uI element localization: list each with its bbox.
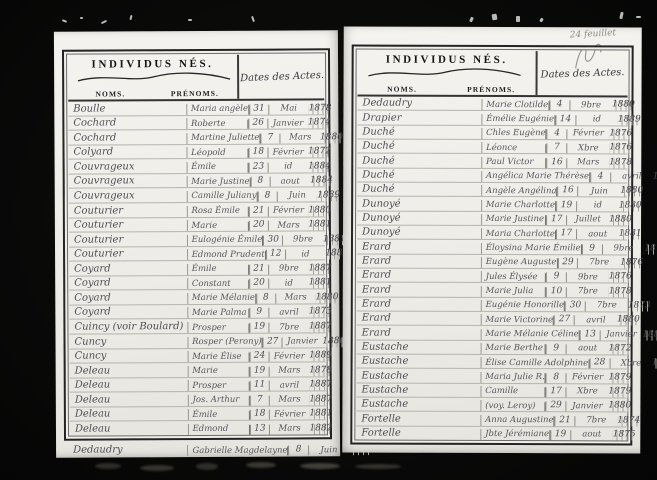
month-cell: Janvier — [283, 337, 323, 347]
month-cell: avril — [269, 308, 309, 318]
month-cell: id — [268, 163, 308, 173]
prenom-cell: Marie Élise — [188, 352, 249, 362]
year-cell: 1880 — [315, 293, 338, 303]
nom-cell: Cuncy — [69, 337, 188, 349]
month-cell: Février — [567, 373, 609, 383]
nom-cell: Fortelle — [356, 414, 481, 425]
register-row: ErardMarie Julia107bre1878 — [357, 283, 627, 298]
year-cell: 1880 — [617, 316, 640, 326]
prenom-cell: Edmond Prudent — [188, 250, 266, 260]
nom-cell: Colyard — [68, 147, 187, 159]
nom-cell: Deleau — [70, 366, 189, 378]
nom-cell: Fortelle — [356, 428, 481, 439]
register-row: CoyardMarie Palma9avril1873 — [69, 304, 325, 320]
month-cell: aout — [571, 431, 613, 441]
day-cell: 8 — [289, 445, 309, 455]
month-cell: Mars — [270, 396, 310, 406]
day-cell: 10 — [546, 287, 567, 297]
nom-cell: Eustache — [357, 371, 482, 382]
month-cell: Janvier — [601, 330, 643, 340]
prenom-cell: Éloysina Marie Émilie — [482, 244, 582, 254]
year-cell: 1887 — [309, 381, 332, 391]
day-cell: 27 — [263, 337, 283, 347]
nom-cell: Cuincy (voir Boulard) — [69, 322, 188, 334]
nom-cell: Erard — [357, 242, 482, 253]
prenom-cell: Maria angèle — [187, 105, 249, 115]
register-row: ErardEugène Auguste297bre1876 — [357, 254, 627, 269]
register-row: Eustache(voy. Leroy)29Janvier1880 — [356, 397, 626, 412]
prenom-cell: Marie Justine — [187, 178, 250, 188]
register-row: Cuincy (voir Boulard)Prosper197bre1887 — [69, 319, 325, 335]
prenom-cell: Léopold — [187, 148, 248, 158]
register-row: CoyardConstant20id1881 — [69, 275, 325, 291]
register-row: DuchéLéonce7Xbre1876 — [357, 140, 627, 155]
prenom-cell: Martine Juliette — [187, 134, 260, 144]
register-row: CoyardMarie Mélanie8Mars1880 — [69, 290, 325, 306]
month-cell: id — [286, 250, 326, 260]
prenom-cell: Gabrielle Magdelayne — [188, 446, 288, 456]
year-cell: 1876 — [620, 258, 643, 268]
page-edge-shadow — [196, 463, 218, 470]
day-cell: 13 — [250, 425, 270, 435]
nom-cell: Erard — [357, 256, 482, 267]
rows-container: BoulleMaria angèle31Mai1878CochardRobert… — [68, 100, 326, 435]
prenom-cell: Camille Juliany — [187, 192, 257, 202]
day-cell: 8 — [256, 293, 276, 303]
nom-cell: Erard — [357, 299, 482, 310]
day-cell: 4 — [549, 101, 570, 111]
nom-cell: Dunoyé — [357, 228, 482, 239]
register-row: DeleauMarie19Mars1878 — [70, 362, 326, 378]
page-title: INDIVIDUS NÉS. — [68, 58, 237, 71]
month-cell: avril — [575, 316, 617, 326]
day-cell: 4 — [547, 129, 568, 139]
day-cell: 20 — [249, 221, 269, 231]
prenom-cell: Prosper — [188, 323, 249, 333]
year-cell: 1881 — [642, 330, 657, 340]
nom-cell: Deleau — [70, 424, 189, 436]
month-cell: 7bre — [578, 259, 620, 269]
nom-cell: Duché — [357, 142, 482, 153]
month-cell: 7bre — [269, 323, 309, 333]
prenom-cell: Rosper (Perony) — [188, 338, 263, 348]
register-row: CochardRoberte26Janvier1874 — [68, 115, 324, 131]
month-cell: Xbre — [567, 144, 609, 154]
year-cell: 1880 — [612, 101, 635, 111]
table-header: INDIVIDUS NÉS. NOMS. PRÉNOMS. Dates des … — [358, 51, 628, 98]
year-cell: 1880 — [620, 187, 643, 197]
year-cell: 1887 — [309, 322, 332, 332]
prenom-cell: Constant — [188, 280, 249, 290]
register-row: DeleauProsper11avril1887 — [70, 377, 326, 393]
day-cell: 16 — [558, 187, 579, 197]
month-cell: Juillet — [567, 216, 609, 226]
day-cell: 20 — [249, 279, 269, 289]
nom-cell: Eustache — [357, 342, 482, 353]
day-cell: 7 — [260, 133, 280, 143]
month-cell: Xbre — [610, 359, 652, 369]
nom-cell: Eustache — [357, 357, 482, 368]
year-cell: 1873 — [644, 244, 657, 254]
month-cell: Février — [269, 206, 309, 216]
year-cell: 1880 — [608, 402, 631, 412]
bed-scratch — [80, 17, 83, 19]
register-row: DunoyéMarie Charlotte19id1880 — [357, 197, 627, 212]
month-cell: 7bre — [567, 287, 609, 297]
prenom-cell: Anna Augustine — [481, 416, 554, 426]
day-cell: 17 — [556, 230, 577, 240]
year-cell: 1871 — [653, 173, 657, 183]
year-cell: 1874 — [617, 416, 640, 426]
nom-cell: Couvrageux — [69, 162, 188, 174]
register-row: DuchéAngélica Marie Thérèse4avril1871 — [357, 168, 627, 183]
register-page-right: 24 feuillet INDIVIDUS NÉS. NOMS. PRÉNOMS… — [342, 26, 641, 453]
nom-cell: Duché — [357, 185, 482, 196]
day-cell: 14 — [555, 115, 576, 125]
register-row: DedaudryGabrielle Magdelayne8Juin1881 — [68, 440, 328, 456]
prenom-cell: Edmond — [189, 425, 250, 435]
prenom-cell: Eulogénie Émile — [188, 236, 264, 246]
register-row: CouturierEulogénie Émile309bre1881 — [69, 231, 325, 247]
day-cell: 8 — [250, 177, 270, 187]
register-row: ErardEugénie Honorille307bre1873 — [357, 297, 627, 312]
year-cell: 1881 — [309, 410, 332, 420]
register-row: CouturierMarie20Mars1881 — [69, 217, 325, 233]
prenom-cell: Jos. Arthur — [188, 396, 249, 406]
month-cell: 7bre — [575, 416, 617, 426]
folio-annotation: 24 feuillet — [569, 28, 616, 40]
day-cell: 19 — [556, 201, 577, 211]
day-cell: 17 — [546, 215, 567, 225]
nom-cell: Drapier — [357, 113, 482, 124]
register-row: CouturierRosa Émile21Février1880 — [69, 202, 325, 218]
month-cell: Janvier — [566, 402, 608, 412]
month-cell: 9bre — [603, 244, 645, 254]
prenom-cell: Marie Mélanie — [188, 294, 256, 304]
register-row: DrapierÉmélie Eugénie14id1889 — [357, 111, 627, 126]
day-cell: 26 — [248, 119, 268, 129]
page-edge-shadow — [140, 465, 174, 471]
page-edge-shadow — [246, 462, 276, 468]
year-cell: 1887 — [309, 264, 332, 274]
bed-scratch — [469, 17, 474, 23]
nom-cell: Cochard — [68, 118, 187, 130]
nom-cell: Deleau — [70, 409, 189, 421]
year-cell: 1879 — [609, 373, 632, 383]
day-cell: 7 — [250, 395, 270, 405]
register-page-left: INDIVIDUS NÉS. NOMS. PRÉNOMS. Dates des … — [54, 30, 340, 457]
day-cell: 28 — [589, 359, 610, 369]
nom-cell: Couturier — [69, 206, 188, 218]
prenom-cell: Jbte Jérémiane — [481, 430, 550, 440]
table-frame: INDIVIDUS NÉS. NOMS. PRÉNOMS. Dates des … — [62, 48, 332, 440]
bed-scratch — [62, 19, 67, 23]
nom-cell: Couturier — [69, 235, 188, 247]
prenom-cell: Marie Clotilde — [482, 101, 549, 111]
year-cell: 1881 — [309, 279, 332, 289]
register-row: FortelleAnna Augustine217bre1874 — [356, 412, 626, 427]
register-row: EustacheÉlise Camille Adolphine28Xbre187… — [357, 354, 627, 369]
month-cell: id — [269, 279, 309, 289]
year-cell: 1873 — [309, 308, 332, 318]
nom-cell: Couvrageux — [69, 191, 188, 203]
year-cell: 1876 — [609, 144, 632, 154]
header-names-section: INDIVIDUS NÉS. NOMS. PRÉNOMS. — [68, 55, 239, 100]
page-edge-shadow — [355, 464, 401, 469]
month-cell: Février — [268, 148, 308, 158]
page-edge-shadow — [95, 463, 121, 469]
day-cell: 29 — [557, 258, 578, 268]
nom-cell: Deleau — [70, 395, 189, 407]
prenom-cell: Émile — [187, 163, 248, 173]
nom-cell: Cuncy — [70, 351, 189, 363]
nom-cell: Coyard — [69, 293, 188, 305]
day-cell: 31 — [249, 104, 269, 114]
prenom-cell: Marie Justine — [482, 215, 546, 225]
nom-cell: Erard — [357, 271, 482, 282]
day-cell: 17 — [546, 387, 567, 397]
register-row: DedaudryMarie Clotilde49bre1880 — [357, 97, 627, 112]
register-row: FortelleJbte Jérémiane19aout1875 — [356, 426, 626, 440]
prenom-cell: Émile — [188, 411, 249, 421]
day-cell: 24 — [250, 352, 270, 362]
nom-cell: Dedaudry — [68, 445, 188, 457]
prenom-cell: Prosper — [188, 381, 249, 391]
day-cell: 12 — [266, 250, 286, 260]
month-cell: 7bre — [586, 302, 628, 312]
year-cell: 1875 — [613, 430, 636, 440]
prenom-cell: Marie Berthe — [481, 344, 545, 354]
col-prenoms-label: PRÉNOMS. — [447, 85, 536, 94]
nom-cell: Erard — [357, 285, 482, 296]
prenom-cell: Angélica Marie Thérèse — [482, 172, 590, 182]
nom-cell: Coyard — [69, 264, 188, 276]
register-row: BoulleMaria angèle31Mai1878 — [68, 100, 324, 116]
register-row: DuchéChles Eugène4Février1876 — [357, 125, 627, 140]
day-cell: 4 — [590, 172, 611, 182]
nom-cell: Deleau — [70, 380, 189, 392]
day-cell: 13 — [580, 330, 601, 340]
month-cell: Xbre — [567, 388, 609, 398]
nom-cell: Cochard — [68, 133, 187, 145]
nom-cell: Erard — [357, 328, 482, 339]
day-cell: 18 — [250, 410, 270, 420]
nom-cell: Dedaudry — [357, 99, 482, 110]
prenom-cell: (voy. Leroy) — [481, 402, 545, 412]
year-cell: 1884 — [308, 162, 331, 172]
month-cell: Mai — [269, 104, 309, 114]
month-cell: Février — [270, 410, 310, 420]
register-row: CuncyMarie Élise24Février1889 — [70, 348, 326, 364]
register-row: DuchéPaul Victor16Mars1878 — [357, 154, 627, 169]
register-row: DunoyéMaria Charlotte17aout1881 — [357, 225, 627, 240]
register-row: DeleauEdmond13Mars1882 — [70, 421, 326, 436]
register-row: ErardMarie Victorine27avril1880 — [357, 311, 627, 326]
month-cell: aout — [567, 345, 609, 355]
header-names-section: INDIVIDUS NÉS. NOMS. PRÉNOMS. — [358, 51, 538, 96]
nom-cell: Dunoyé — [357, 213, 482, 224]
year-cell: 1880 — [619, 201, 642, 211]
prenom-cell: Camille — [481, 387, 545, 397]
day-cell: 23 — [249, 162, 269, 172]
register-row: CouturierEdmond Prudent12id1882 — [69, 246, 325, 262]
register-row: EustacheMaria Julie R.8Février1879 — [356, 369, 626, 384]
nom-cell: Eustache — [356, 400, 481, 411]
prenom-cell: Marie — [188, 367, 249, 377]
month-cell: avril — [270, 381, 310, 391]
month-cell: Mars — [270, 425, 310, 435]
day-cell: 19 — [249, 323, 269, 333]
month-cell: Mars — [567, 158, 609, 168]
table-header: INDIVIDUS NÉS. NOMS. PRÉNOMS. Dates des … — [68, 54, 324, 101]
col-noms-label: NOMS. — [68, 89, 153, 98]
register-row: DeleauÉmile18Février1881 — [70, 406, 326, 422]
day-cell: 7 — [546, 144, 567, 154]
year-cell: 1889 — [309, 351, 332, 361]
register-row: CochardMartine Juliette7Mars1880 — [68, 129, 324, 145]
register-row: ErardMarie Mélanie Céline13Janvier1881 — [357, 326, 627, 341]
bed-scratch — [129, 15, 132, 20]
register-row: EustacheCamille17Xbre1879 — [356, 383, 626, 398]
register-row: CoyardÉmile219bre1887 — [69, 261, 325, 277]
prenom-cell: Jules Élysée — [482, 273, 546, 283]
nom-cell: Couturier — [69, 220, 188, 232]
year-cell: 1878 — [652, 359, 657, 369]
nom-cell: Boulle — [68, 104, 187, 116]
col-dates-label: Dates des Actes. — [239, 69, 323, 83]
month-cell: Juin — [578, 187, 620, 197]
month-cell: 9bre — [567, 273, 609, 283]
day-cell: 8 — [546, 373, 567, 383]
prenom-cell: Émélie Eugénie — [482, 115, 555, 125]
prenom-cell: Émile — [188, 265, 249, 275]
day-cell: 30 — [565, 301, 586, 311]
prenom-cell: Marie Mélanie Céline — [481, 330, 579, 340]
col-prenoms-label: PRÉNOMS. — [153, 89, 238, 98]
prenom-cell: Marie Palma — [188, 309, 249, 319]
year-cell: 1889 — [618, 115, 641, 125]
day-cell: 9 — [546, 344, 567, 354]
nom-cell: Couvrageux — [69, 176, 188, 188]
bed-scratch — [539, 18, 544, 23]
register-row: EustacheMarie Berthe9aout1872 — [357, 340, 627, 355]
month-cell: aout — [270, 177, 310, 187]
year-cell: 1878 — [609, 158, 632, 168]
prenom-cell: Chles Eugène — [482, 129, 546, 139]
month-cell: 9bre — [269, 265, 309, 275]
day-cell: 18 — [248, 148, 268, 158]
register-row: CouvrageuxMarie Justine8aout1884 — [69, 173, 325, 189]
prenom-cell: Marie Julia — [482, 287, 546, 297]
month-cell: Janvier — [268, 119, 308, 129]
calligraphic-divider-icon — [77, 72, 233, 84]
month-cell: Mars — [276, 294, 316, 304]
day-cell: 16 — [546, 158, 567, 168]
bed-scratch — [516, 16, 520, 22]
year-cell: 1881 — [308, 220, 331, 230]
overflow-rows-container: DedaudryGabrielle Magdelayne8Juin1881 — [68, 440, 328, 456]
nom-cell: Duché — [357, 156, 482, 167]
register-row: ErardJules Élysée99bre1876 — [357, 268, 627, 283]
register-row: DunoyéMarie Justine17Juillet1880 — [357, 211, 627, 226]
prenom-cell: Élise Camille Adolphine — [481, 359, 589, 369]
month-cell: aout — [577, 230, 619, 240]
rows-container: DedaudryMarie Clotilde49bre1880DrapierÉm… — [356, 97, 627, 441]
prenom-cell: Roberte — [187, 119, 248, 129]
nom-cell: Duché — [357, 128, 482, 139]
scanned-register: INDIVIDUS NÉS. NOMS. PRÉNOMS. Dates des … — [0, 0, 657, 480]
register-row: CuncyRosper (Perony)27Janvier1880 — [69, 333, 325, 349]
month-cell: Juin — [277, 192, 317, 202]
day-cell: 19 — [250, 366, 270, 376]
page-title: INDIVIDUS NÉS. — [358, 54, 536, 67]
year-cell: 1889 — [317, 191, 340, 201]
calligraphic-divider-icon — [366, 68, 522, 80]
day-cell: 29 — [546, 401, 567, 411]
prenom-cell: Marie — [188, 221, 249, 231]
day-cell: 30 — [263, 235, 283, 245]
month-cell: Mars — [269, 367, 309, 377]
prenom-cell: Rosa Émile — [187, 207, 248, 217]
month-cell: 9bre — [570, 101, 612, 111]
day-cell: 9 — [249, 308, 269, 318]
nom-cell: Erard — [357, 314, 482, 325]
prenom-cell: Eugène Auguste — [482, 258, 558, 268]
register-row: CouvrageuxÉmile23id1884 — [69, 159, 325, 175]
year-cell: 1872 — [308, 148, 331, 158]
year-cell: 1882 — [309, 424, 332, 434]
prenom-cell: Marie Charlotte — [482, 201, 556, 211]
year-cell: 1872 — [609, 344, 632, 354]
nom-cell: Eustache — [356, 385, 481, 396]
year-cell: 1878 — [309, 366, 332, 376]
bed-scratch — [619, 12, 623, 19]
register-row: ErardÉloysina Marie Émilie99bre1873 — [357, 240, 627, 255]
month-cell: Février — [567, 130, 609, 140]
register-row: CouvrageuxCamille Juliany8Juin1889 — [69, 188, 325, 204]
col-dates-label: Dates des Actes. — [541, 66, 625, 80]
year-cell: 1874 — [308, 118, 331, 128]
year-cell: 1873 — [628, 301, 651, 311]
day-cell: 27 — [554, 315, 575, 325]
month-cell: id — [576, 115, 618, 125]
year-cell: 1880 — [320, 133, 343, 143]
day-cell: 8 — [258, 192, 278, 202]
year-cell: 1876 — [609, 129, 632, 139]
prenom-cell: Marie Victorine — [481, 316, 554, 326]
month-cell: avril — [611, 173, 653, 183]
col-noms-label: NOMS. — [358, 85, 447, 94]
day-cell: 9 — [546, 272, 567, 282]
nom-cell: Couturier — [69, 249, 188, 261]
bed-scratch — [101, 20, 107, 24]
bed-scratch — [251, 16, 255, 22]
month-cell: id — [577, 201, 619, 211]
prenom-cell: Léonce — [482, 144, 546, 154]
month-cell: Mars — [280, 134, 320, 144]
register-row: ColyardLéopold18Février1872 — [68, 144, 324, 160]
register-row: DuchéAngèle Angélina16Juin1880 — [357, 182, 627, 197]
year-cell: 1880 — [308, 206, 331, 216]
table-frame: INDIVIDUS NÉS. NOMS. PRÉNOMS. Dates des … — [350, 45, 633, 446]
year-cell: 1878 — [609, 287, 632, 297]
day-cell: 9 — [582, 244, 603, 254]
day-cell: 21 — [555, 416, 576, 426]
page-edge-shadow — [300, 463, 340, 469]
prenom-cell: Maria Julie R. — [481, 373, 546, 383]
month-cell: Février — [269, 352, 309, 362]
year-cell: 1878 — [309, 104, 332, 114]
